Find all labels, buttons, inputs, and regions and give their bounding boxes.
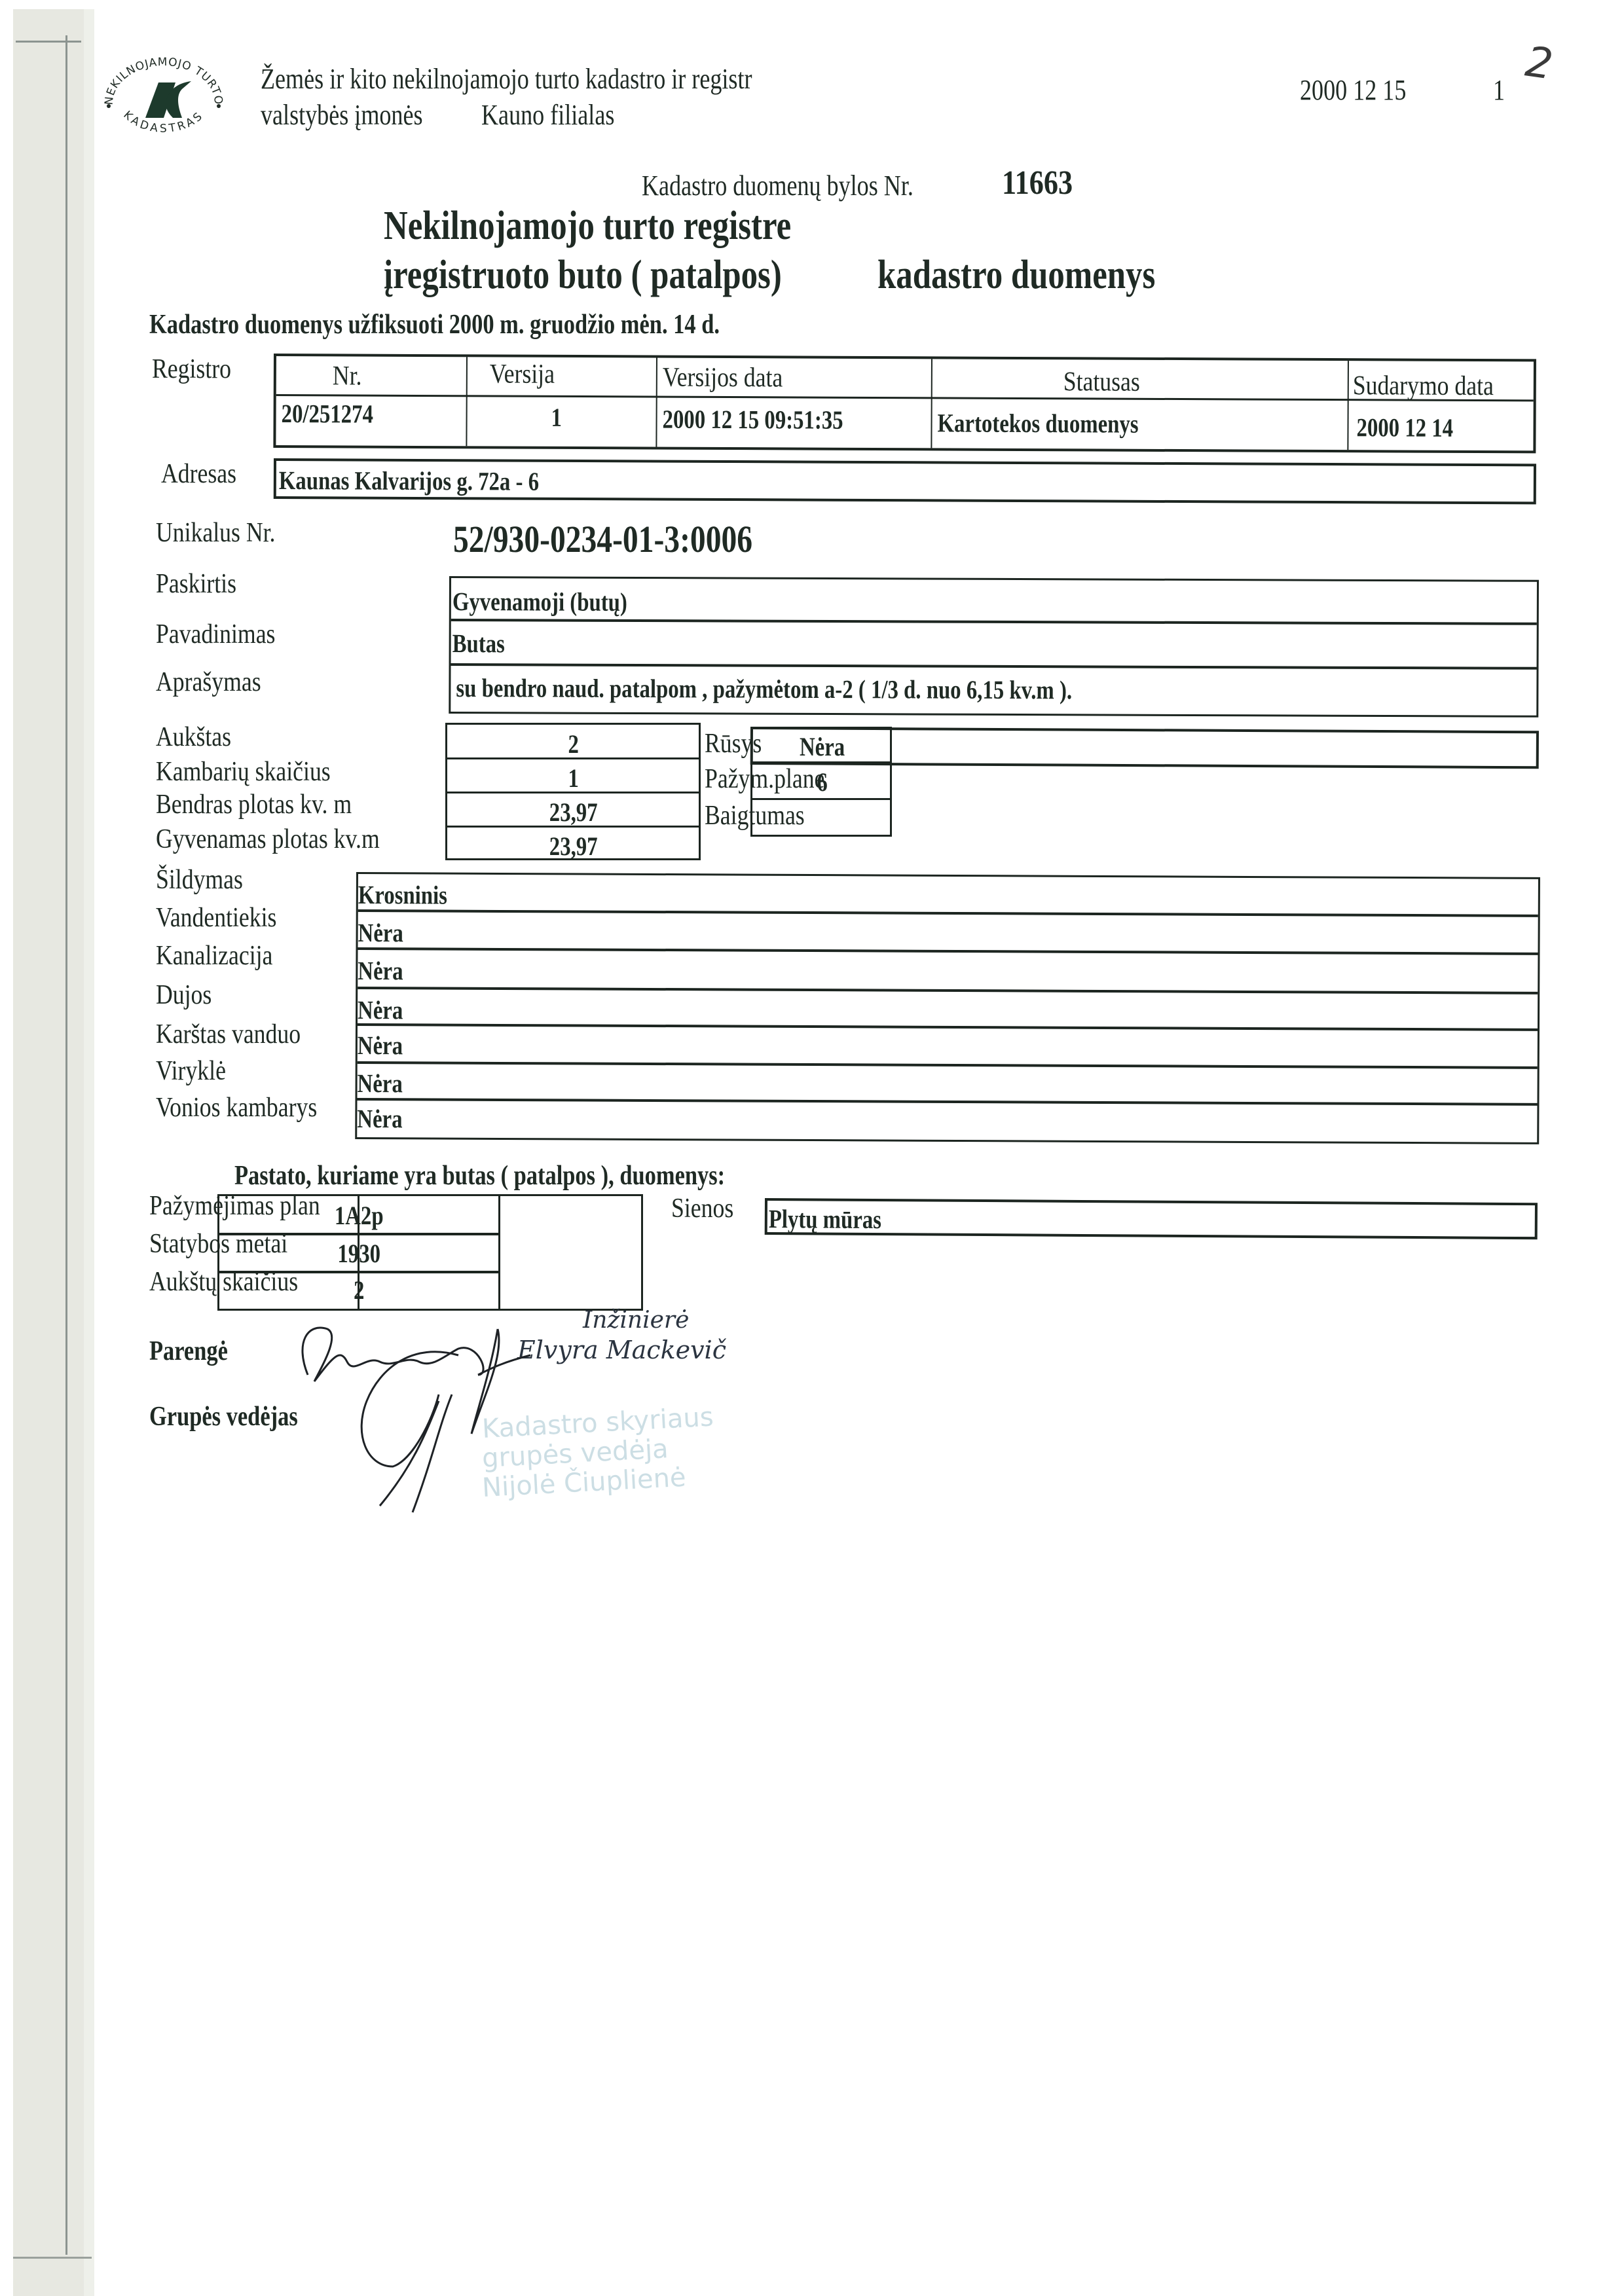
purpose-value: Gyvenamoji (butų)	[452, 586, 627, 617]
registry-col-versija: Versija	[490, 358, 555, 390]
unique-no-value: 52/930-0234-01-3:0006	[453, 517, 752, 561]
registry-col-sudarymo-data: Sudarymo data	[1353, 370, 1494, 402]
document-title-line2a: įregistruoto buto ( patalpos)	[384, 252, 782, 299]
file-number-label: Kadastro duomenų bylos Nr.	[642, 169, 913, 202]
page-number: 1	[1493, 73, 1505, 107]
registry-col-versijos-data: Versijos data	[663, 362, 783, 394]
side-fields-box: Nėra 6	[750, 727, 892, 837]
prepared-by-label: Parengė	[149, 1336, 228, 1367]
address-value: Kaunas Kalvarijos g. 72a - 6	[279, 465, 539, 497]
file-number: 11663	[1002, 164, 1073, 202]
registry-table: Nr. Versija Versijos data Statusas Sudar…	[273, 354, 1536, 453]
registry-versijos-data: 2000 12 15 09:51:35	[662, 404, 843, 435]
utility-label-0: Šildymas	[156, 864, 243, 896]
kadastras-logo-icon: NEKILNOJAMOJO TURTO KADASTRAS	[98, 52, 229, 137]
group-head-label: Grupės vedėjas	[149, 1401, 298, 1432]
unique-no-label: Unikalus Nr.	[156, 517, 275, 549]
metric-value-1: 1	[447, 763, 699, 793]
registry-col-nr: Nr.	[333, 360, 362, 392]
branch-name: Kauno filialas	[481, 98, 614, 132]
metric-value-3: 23,97	[447, 831, 699, 862]
metric-value-2: 23,97	[447, 797, 699, 828]
binding-strip	[13, 9, 94, 2296]
registry-col-statusas: Statusas	[1063, 366, 1140, 398]
utility-value-3: Nėra	[358, 994, 403, 1025]
document-title-line2b: kadastro duomenys	[877, 252, 1155, 299]
utility-value-4: Nėra	[358, 1030, 403, 1061]
metric-label-2: Bendras plotas kv. m	[156, 789, 352, 820]
utility-value-1: Nėra	[358, 917, 403, 948]
name-value: Butas	[452, 628, 505, 659]
utility-label-3: Dujos	[156, 979, 212, 1011]
building-heading: Pastato, kuriame yra butas ( patalpos ),…	[234, 1160, 725, 1192]
binding-edge	[84, 9, 94, 2296]
utility-value-2: Nėra	[358, 955, 403, 986]
utilities-box: Krosninis Nėra Nėra Nėra Nėra Nėra Nėra	[355, 872, 1540, 1144]
registry-sudarymo-data: 2000 12 14	[1356, 412, 1453, 443]
binding-line-bottom	[13, 2257, 92, 2259]
registry-nr: 20/251274	[281, 398, 373, 429]
utility-label-4: Karštas vanduo	[156, 1019, 301, 1050]
description-label: Aprašymas	[156, 666, 261, 698]
address-label: Adresas	[161, 458, 236, 490]
binding-line	[65, 35, 67, 2255]
walls-label: Sienos	[671, 1193, 733, 1224]
utility-label-5: Viryklė	[156, 1055, 226, 1087]
metric-label-0: Aukštas	[156, 721, 231, 753]
fixed-date: Kadastro duomenys užfiksuoti 2000 m. gru…	[149, 309, 720, 340]
metrics-box: 2 1 23,97 23,97	[445, 723, 701, 860]
metric-value-0: 2	[447, 729, 699, 759]
utility-value-5: Nėra	[357, 1068, 402, 1099]
side-value-0: Nėra	[752, 731, 892, 762]
walls-field: Plytų mūras	[765, 1198, 1538, 1239]
prepared-by-title: Inžinierė	[583, 1307, 689, 1334]
walls-value: Plytų mūras	[769, 1203, 881, 1235]
org-name-line2: valstybės įmonės	[261, 98, 423, 132]
handwritten-sheet-number: 2	[1522, 38, 1556, 90]
building-fields-frame	[358, 1194, 643, 1311]
print-date: 2000 12 15	[1300, 73, 1406, 107]
utility-value-0: Krosninis	[358, 879, 447, 911]
name-label: Pavadinimas	[156, 619, 275, 650]
utility-value-6: Nėra	[357, 1103, 402, 1134]
address-field: Kaunas Kalvarijos g. 72a - 6	[274, 458, 1536, 504]
purpose-name-description-box: Gyvenamoji (butų) Butas su bendro naud. …	[449, 576, 1539, 718]
metric-label-1: Kambarių skaičius	[156, 756, 331, 788]
registry-versija: 1	[551, 402, 562, 433]
purpose-label: Paskirtis	[156, 568, 236, 600]
description-value: su bendro naud. patalpom , pažymėtom a-2…	[456, 672, 1072, 705]
binding-line-top	[16, 41, 81, 43]
utility-label-6: Vonios kambarys	[156, 1092, 317, 1123]
registry-label: Registro	[152, 354, 231, 385]
utility-label-1: Vandentiekis	[156, 902, 276, 934]
org-name-line1: Žemės ir kito nekilnojamojo turto kadast…	[261, 62, 752, 96]
registry-statusas: Kartotekos duomenys	[937, 407, 1138, 439]
utility-label-2: Kanalizacija	[156, 940, 272, 972]
side-value-1: 6	[752, 767, 892, 797]
metric-label-3: Gyvenamas plotas kv.m	[156, 824, 380, 855]
document-title-line1: Nekilnojamojo turto registre	[384, 203, 791, 249]
